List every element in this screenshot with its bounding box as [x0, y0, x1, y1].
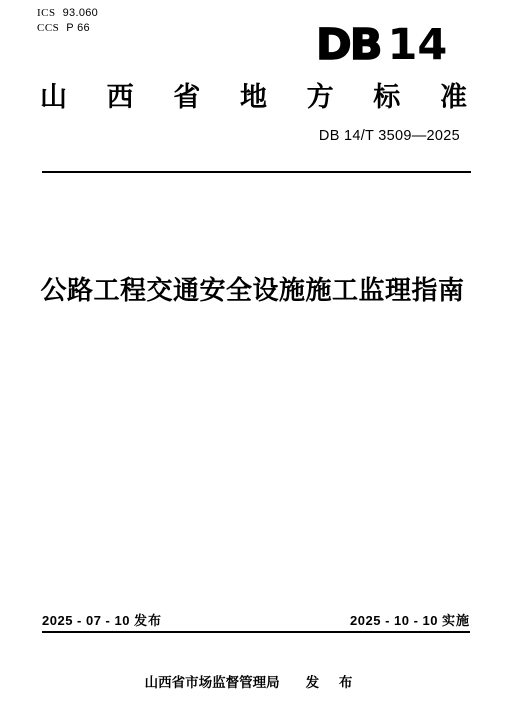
standard-name-char: 方 [307, 83, 334, 113]
implementation-date-group: 2025 - 10 - 10实施 [350, 610, 470, 629]
standard-name: 山西省地方标准 [40, 83, 467, 113]
db14-logo-prefix: DB [316, 20, 380, 70]
db14-logo-number: 14 [387, 20, 447, 70]
publisher-name: 山西省市场监督管理局 [145, 675, 280, 690]
header-divider-line [42, 171, 471, 173]
ccs-label: CCS [37, 21, 59, 36]
standard-name-char: 标 [373, 83, 400, 113]
db14-logo: DB14 [316, 24, 447, 67]
standard-cover-page: ICS 93.060 CCS P 66 DB14 山西省地方标准 DB 14/T… [0, 0, 505, 717]
issue-date-label: 发布 [134, 613, 162, 628]
ics-value: 93.060 [63, 6, 98, 21]
standard-name-char: 省 [173, 83, 200, 113]
standard-name-char: 西 [107, 83, 134, 113]
dates-row: 2025 - 07 - 10发布 2025 - 10 - 10实施 [42, 610, 470, 629]
ccs-code-row: CCS P 66 [37, 21, 98, 36]
ccs-value: P 66 [66, 21, 90, 36]
implementation-date: 2025 - 10 - 10 [350, 613, 438, 628]
footer-divider-line [42, 631, 470, 633]
standard-name-char: 地 [240, 83, 267, 113]
ics-code-row: ICS 93.060 [37, 6, 98, 21]
document-title: 公路工程交通安全设施施工监理指南 [0, 270, 505, 307]
ics-label: ICS [37, 6, 56, 21]
publisher-line: 山西省市场监督管理局发 布 [0, 671, 505, 691]
standard-name-char: 山 [40, 83, 67, 113]
issue-date-group: 2025 - 07 - 10发布 [42, 610, 162, 629]
publish-action-label: 发 布 [306, 675, 361, 690]
issue-date: 2025 - 07 - 10 [42, 613, 130, 628]
standard-name-char: 准 [440, 83, 467, 113]
classification-codes: ICS 93.060 CCS P 66 [37, 6, 98, 36]
standard-number: DB 14/T 3509—2025 [319, 128, 460, 144]
implementation-date-label: 实施 [442, 613, 470, 628]
